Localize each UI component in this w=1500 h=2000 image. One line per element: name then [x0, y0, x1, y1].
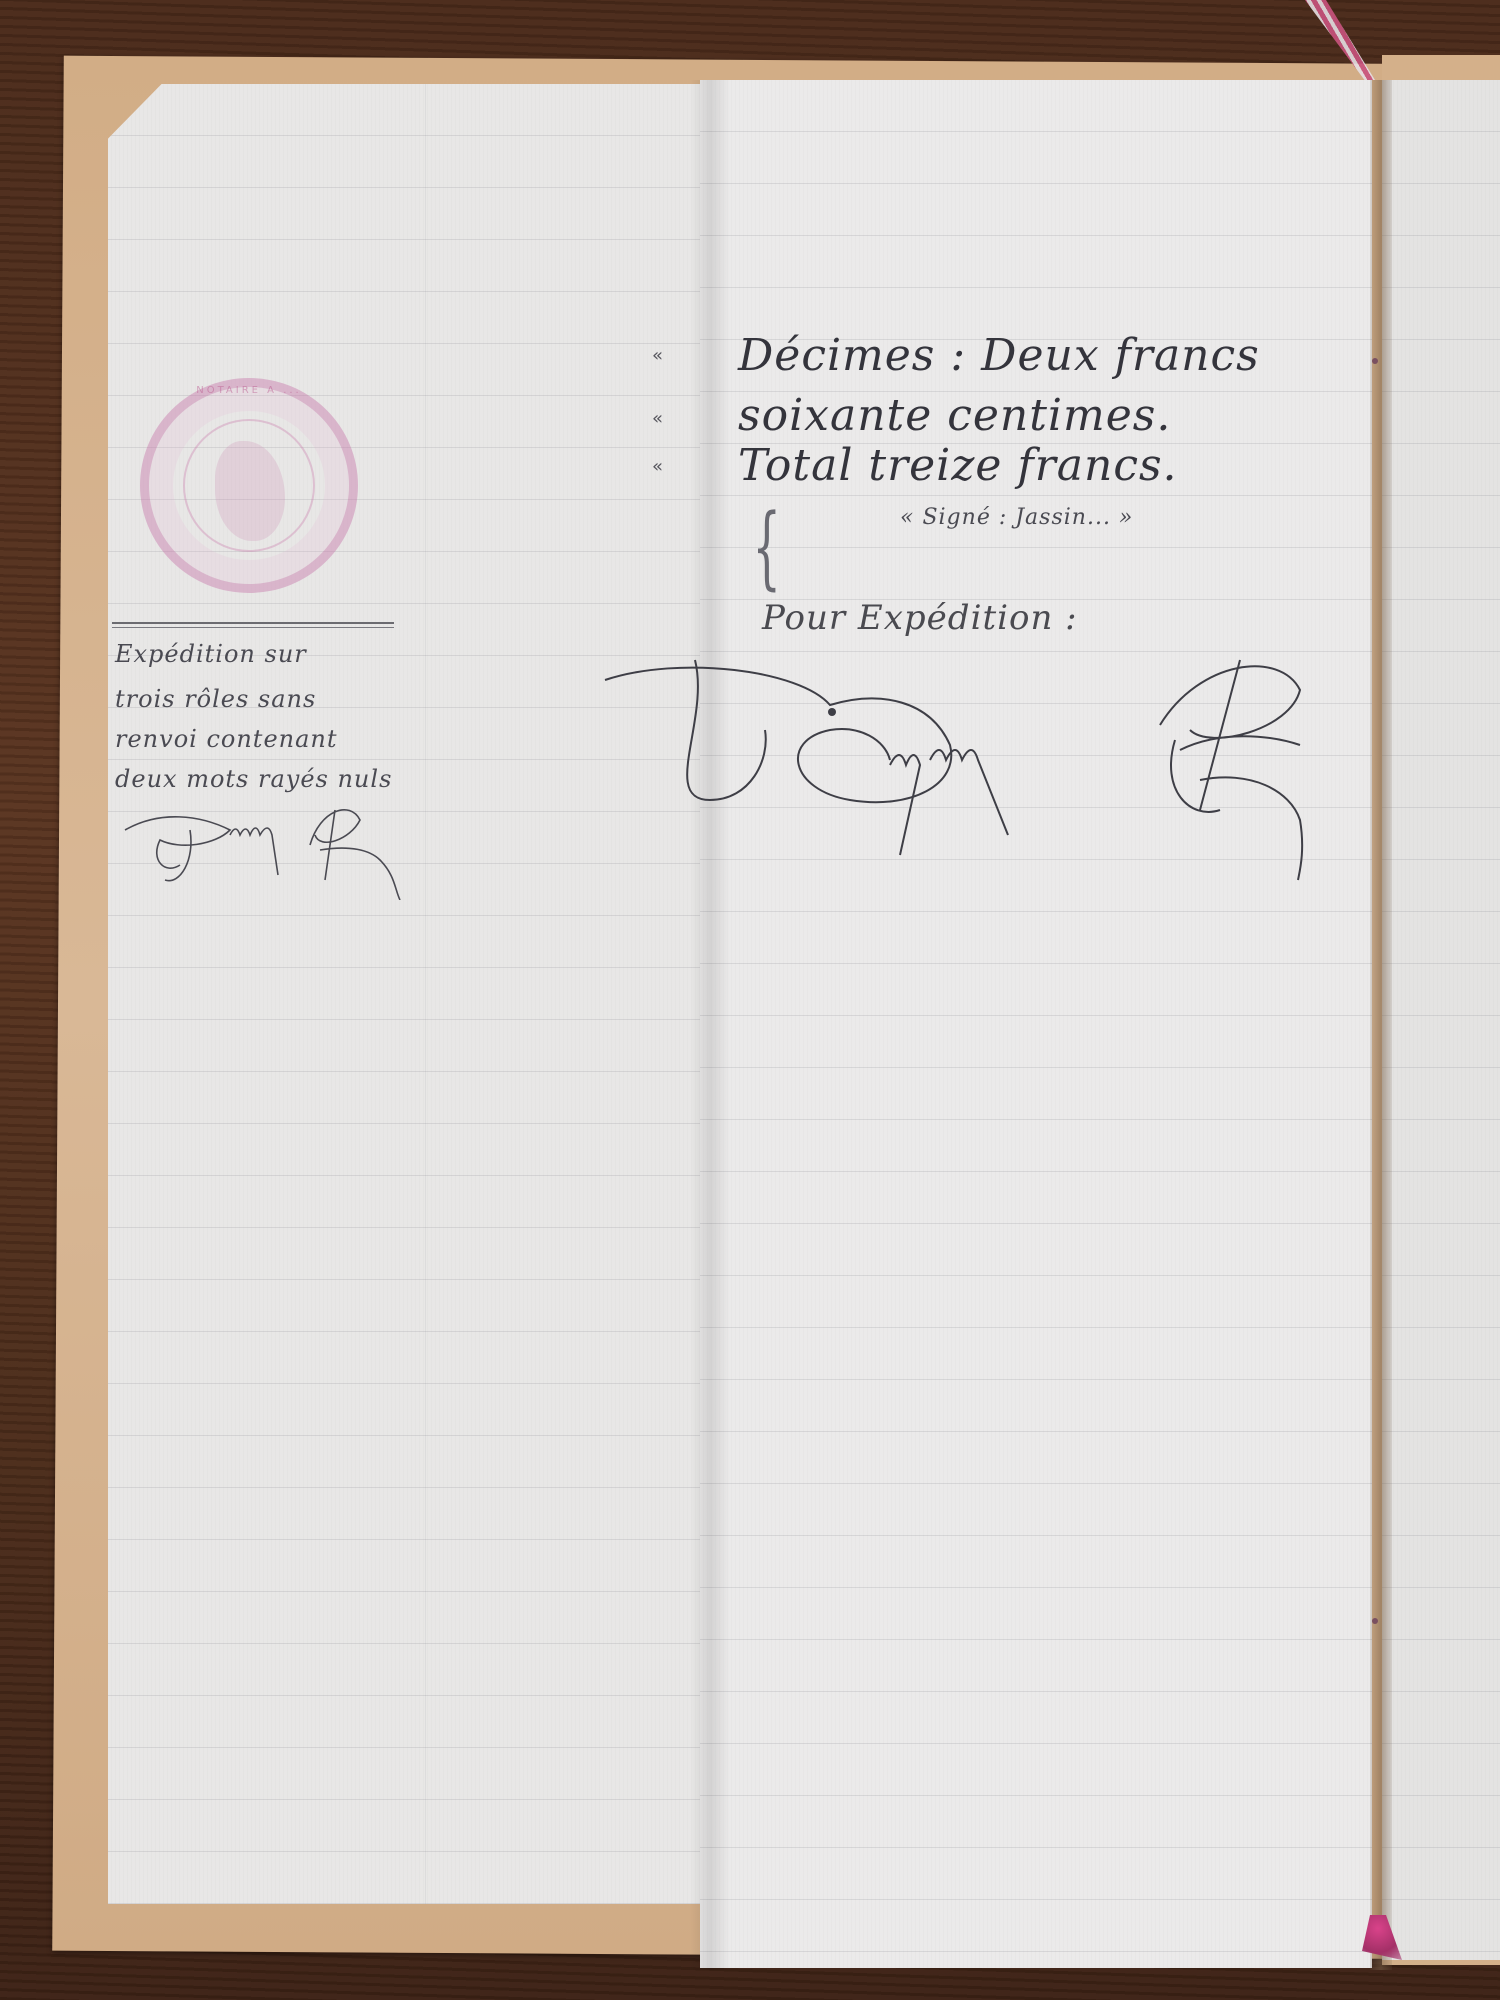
ditto-mark: « — [652, 456, 663, 477]
main-text-line: Total treize francs. — [738, 440, 1178, 491]
binding-hole — [1372, 1618, 1378, 1624]
signed-line: « Signé : Jassin... » — [900, 505, 1133, 530]
margin-signature — [120, 790, 440, 900]
pour-expedition-line: Pour Expédition : — [762, 598, 1078, 638]
center-fold — [690, 80, 730, 1970]
notary-seal-stamp: NOTAIRE A ... — [140, 378, 358, 593]
margin-note-line: deux mots rayés nuls — [115, 765, 392, 793]
left-brace-mark: { — [752, 495, 781, 600]
seal-inner-ring — [183, 419, 315, 552]
main-text-line: Décimes : Deux francs — [738, 330, 1260, 381]
margin-note-line: renvoi contenant — [115, 725, 338, 753]
margin-line — [425, 84, 426, 1904]
left-page — [108, 84, 703, 1904]
seal-effigy-icon — [215, 441, 285, 541]
main-text-line: soixante centimes. — [738, 390, 1171, 441]
binding-hole — [1372, 358, 1378, 364]
ditto-mark: « — [652, 408, 663, 429]
right-page-edge — [1382, 80, 1500, 1960]
main-signature — [600, 650, 1320, 890]
seal-text: NOTAIRE A ... — [149, 385, 349, 396]
margin-note-line: trois rôles sans — [115, 685, 316, 713]
margin-note-line: Expédition sur — [115, 640, 307, 668]
ditto-mark: « — [652, 345, 663, 366]
margin-divider-rule — [112, 622, 394, 628]
